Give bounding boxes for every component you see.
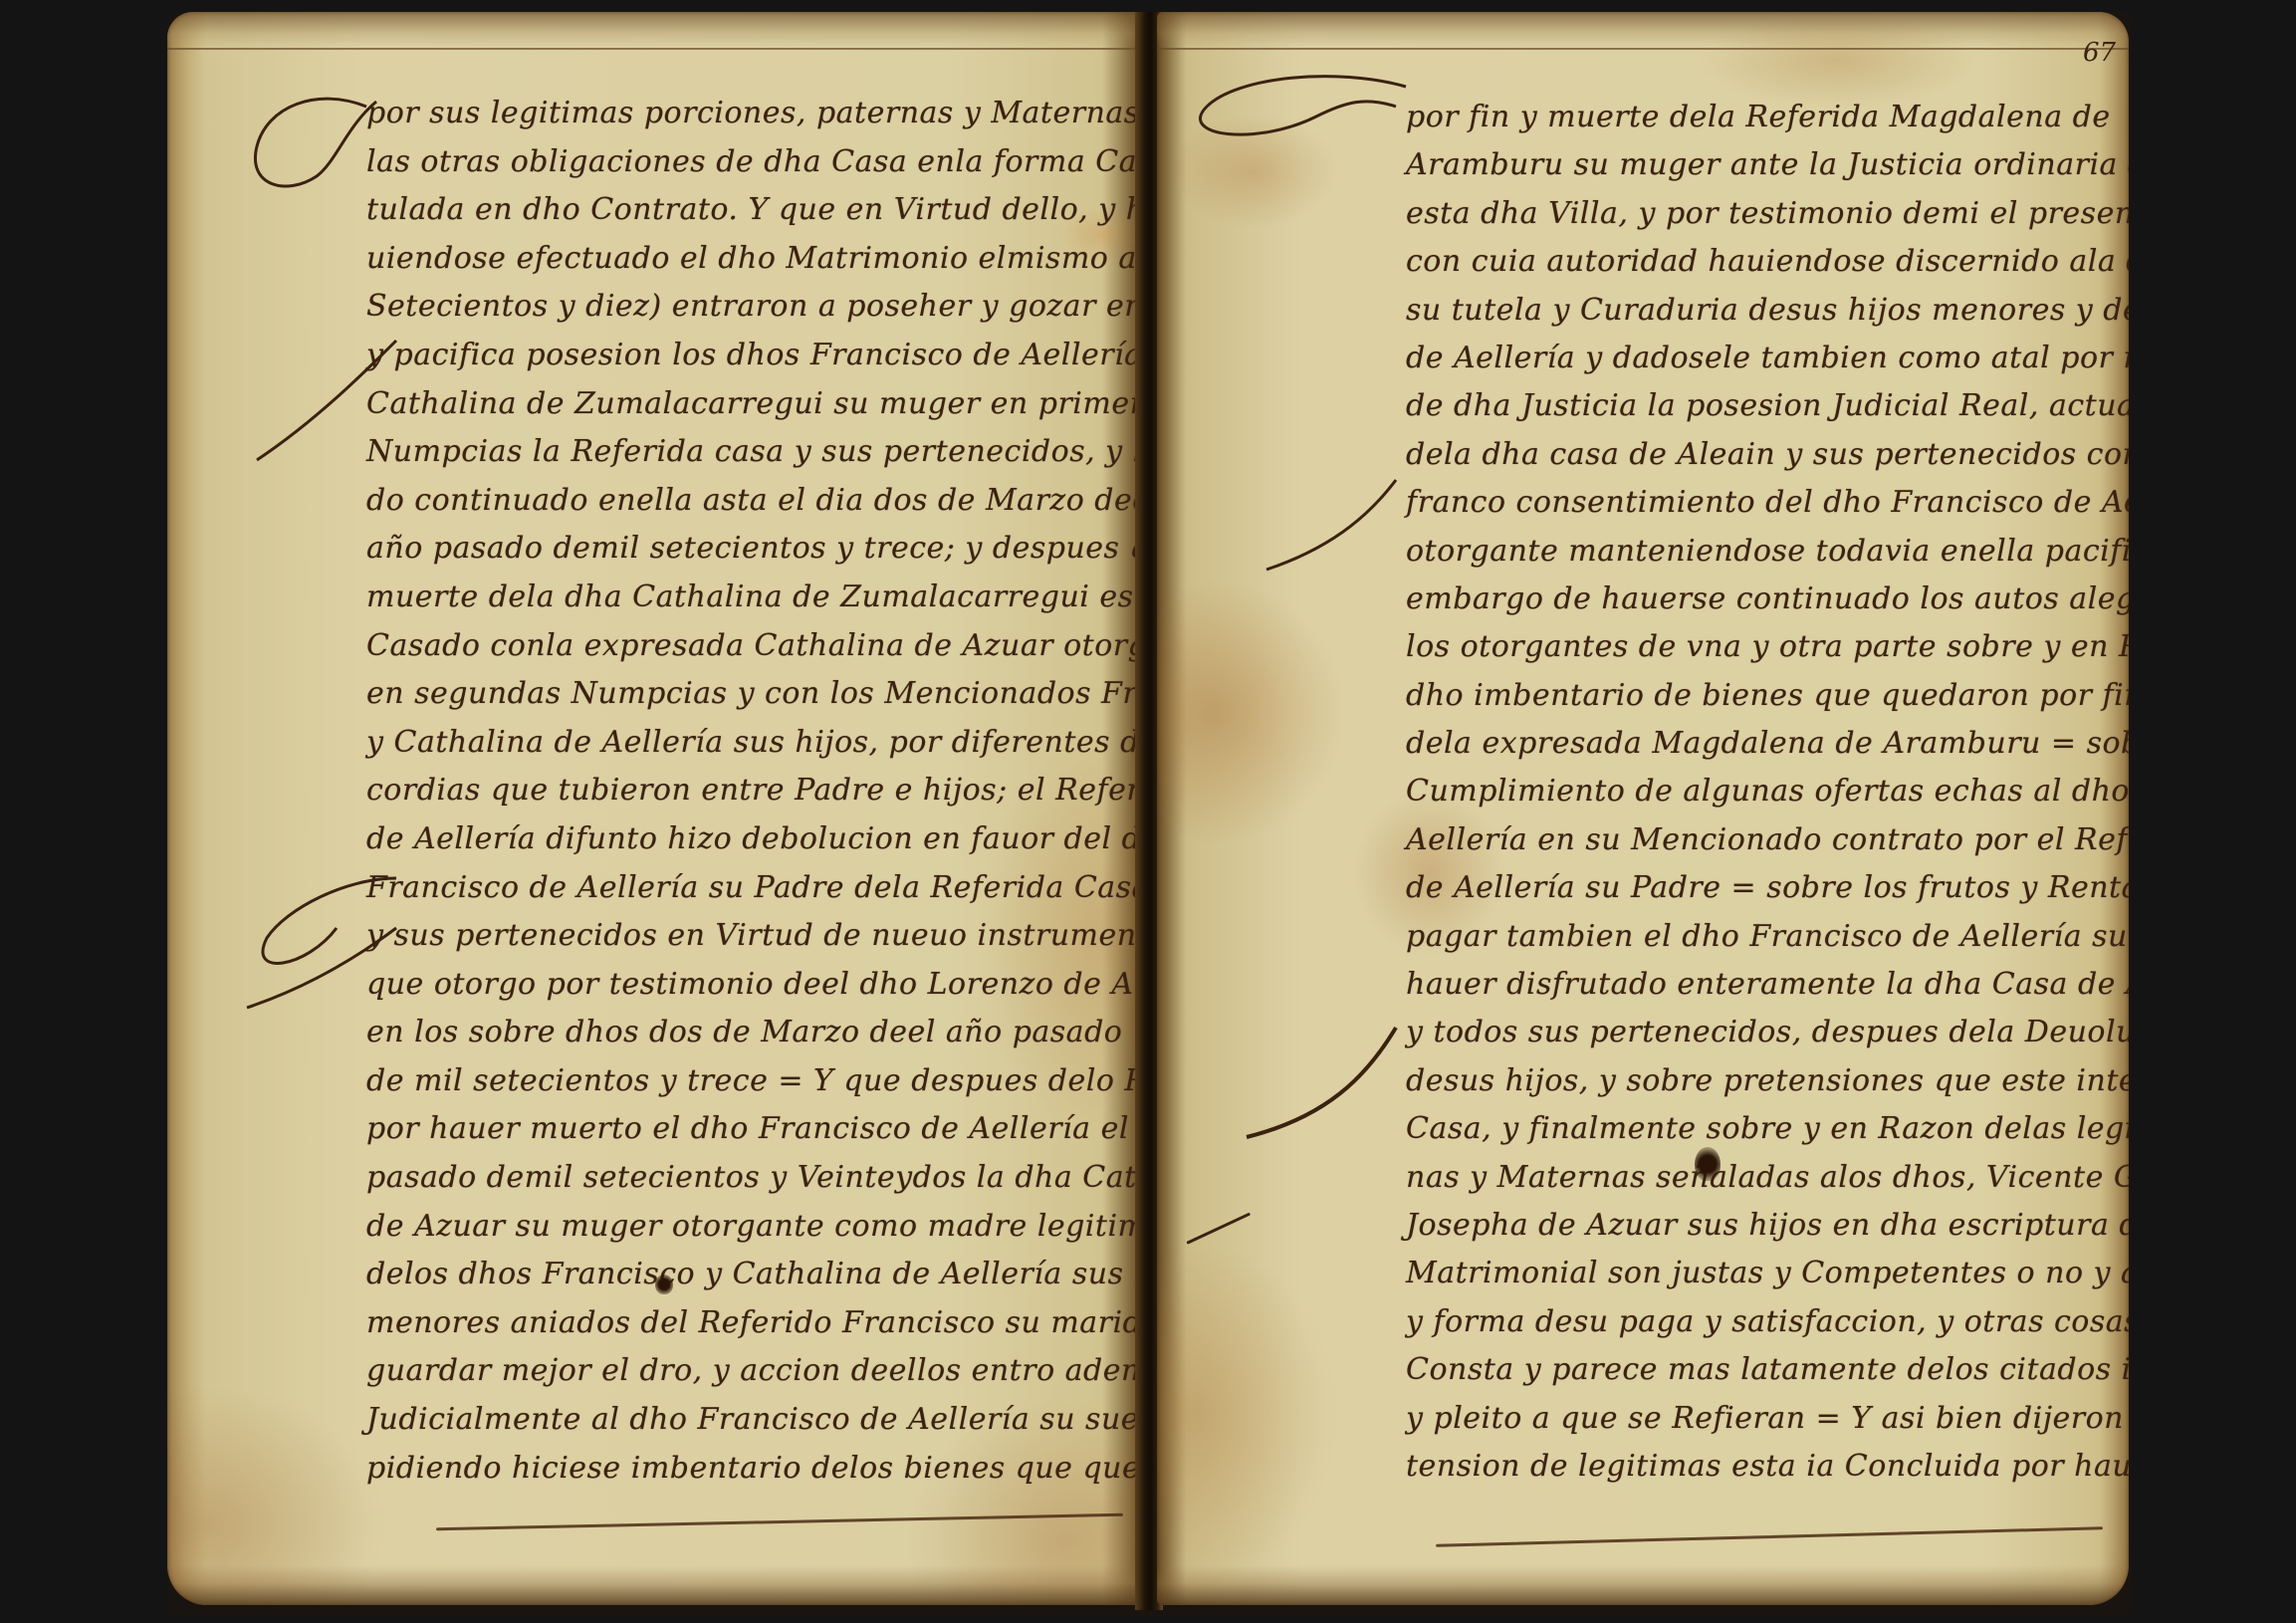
manuscript-line: de Azuar su muger otorgante como madre l…: [366, 1203, 1123, 1252]
manuscript-line: guardar mejor el dro, y accion deellos e…: [366, 1347, 1123, 1396]
manuscript-line: Judicialmente al dho Francisco de Aeller…: [366, 1396, 1123, 1445]
opening-flourish-right: [1177, 57, 1416, 176]
right-page: 67 por fin y muerte dela Referida Magdal…: [1157, 12, 2129, 1605]
manuscript-line: de mil setecientos y trece = Y que despu…: [366, 1057, 1123, 1106]
manuscript-line: Consta y parece mas latamente delos cita…: [1406, 1346, 2103, 1394]
manuscript-line: dela expresada Magdalena de Aramburu = s…: [1406, 720, 2103, 768]
manuscript-line: Numpcias la Referida casa y sus pertenec…: [366, 428, 1123, 477]
manuscript-line: embargo de hauerse continuado los autos …: [1406, 576, 2103, 623]
ink-blot: [1695, 1147, 1721, 1181]
manuscript-line: Cumplimiento de algunas ofertas echas al…: [1406, 768, 2103, 815]
manuscript-line: con cuia autoridad hauiendose discernido…: [1406, 238, 2103, 286]
manuscript-line: de Aellería su Padre = sobre los frutos …: [1406, 864, 2103, 912]
manuscript-line: Cathalina de Zumalacarregui su muger en …: [366, 380, 1123, 429]
manuscript-line: Josepha de Azuar sus hijos en dha escrip…: [1406, 1202, 2103, 1250]
manuscript-line: en segundas Numpcias y con los Mencionad…: [366, 670, 1123, 719]
manuscript-line: y pleito a que se Refieran = Y asi bien …: [1406, 1395, 2103, 1443]
margin-flourish-right-1: [1247, 470, 1406, 580]
manuscript-line: nas y Maternas señaladas alos dhos, Vice…: [1406, 1154, 2103, 1202]
document-viewer: por sus legitimas porciones, paternas y …: [0, 0, 2296, 1623]
ink-blot: [655, 1275, 673, 1294]
page-top-edge: [1157, 12, 2129, 50]
manuscript-line: dho imbentario de bienes que quedaron po…: [1406, 672, 2103, 720]
manuscript-line: su tutela y Curaduria desus hijos menore…: [1406, 287, 2103, 335]
page-bottom-edge: [1157, 1565, 2129, 1605]
manuscript-line: Casado conla expresada Cathalina de Azua…: [366, 622, 1123, 671]
manuscript-line: los otorgantes de vna y otra parte sobre…: [1406, 623, 2103, 671]
manuscript-line: otorgante manteniendose todavia enella p…: [1406, 528, 2103, 576]
manuscript-line: de dha Justicia la posesion Judicial Rea…: [1406, 382, 2103, 430]
manuscript-line: pasado demil setecientos y Veinteydos la…: [366, 1154, 1123, 1203]
manuscript-line: pidiendo hiciese imbentario delos bienes…: [366, 1445, 1123, 1494]
manuscript-line: delos dhos Francisco y Cathalina de Aell…: [366, 1251, 1123, 1299]
manuscript-line: Aramburu su muger ante la Justicia ordin…: [1406, 141, 2103, 189]
manuscript-line: por fin y muerte dela Referida Magdalena…: [1406, 94, 2103, 141]
manuscript-line: hauer disfrutado enteramente la dha Casa…: [1406, 961, 2103, 1009]
manuscript-line: año pasado demil setecientos y trece; y …: [366, 525, 1123, 574]
manuscript-line: desus hijos, y sobre pretensiones que es…: [1406, 1057, 2103, 1105]
manuscript-line: las otras obligaciones de dha Casa enla …: [366, 138, 1123, 187]
manuscript-line: Casa, y finalmente sobre y en Razon dela…: [1406, 1105, 2103, 1153]
open-book: por sus legitimas porciones, paternas y …: [167, 12, 2131, 1617]
manuscript-line: y sus pertenecidos en Virtud de nueuo in…: [366, 912, 1123, 961]
manuscript-line: Setecientos y diez) entraron a poseher y…: [366, 283, 1123, 332]
manuscript-line: Aellería en su Mencionado contrato por e…: [1406, 816, 2103, 864]
manuscript-line: menores aniados del Referido Francisco s…: [366, 1299, 1123, 1348]
page-bottom-edge: [167, 1565, 1141, 1605]
manuscript-line: y pacifica posesion los dhos Francisco d…: [366, 332, 1123, 380]
manuscript-line: por sus legitimas porciones, paternas y …: [366, 90, 1123, 138]
manuscript-line: y todos sus pertenecidos, despues dela D…: [1406, 1009, 2103, 1056]
manuscript-line: do continuado enella asta el dia dos de …: [366, 477, 1123, 526]
margin-slash-mark: [1186, 1213, 1251, 1245]
manuscript-line: cordias que tubieron entre Padre e hijos…: [366, 767, 1123, 815]
folio-number: 67: [2083, 38, 2116, 68]
manuscript-line: que otorgo por testimonio deel dho Loren…: [366, 961, 1123, 1010]
closing-rule: [1436, 1526, 2103, 1547]
manuscript-line: pagar tambien el dho Francisco de Aeller…: [1406, 913, 2103, 961]
manuscript-line: Matrimonial son justas y Competentes o n…: [1406, 1250, 2103, 1297]
margin-flourish-right-2: [1227, 1018, 1406, 1147]
manuscript-line: en los sobre dhos dos de Marzo deel año …: [366, 1009, 1123, 1057]
manuscript-line: tulada en dho Contrato. Y que en Virtud …: [366, 186, 1123, 235]
closing-rule: [436, 1513, 1123, 1530]
manuscript-line: Francisco de Aellería su Padre dela Refe…: [366, 864, 1123, 913]
manuscript-line: por hauer muerto el dho Francisco de Ael…: [366, 1105, 1123, 1154]
left-page-text: por sus legitimas porciones, paternas y …: [366, 90, 1123, 1493]
manuscript-line: muerte dela dha Cathalina de Zumalacarre…: [366, 574, 1123, 622]
manuscript-line: franco consentimiento del dho Francisco …: [1406, 479, 2103, 527]
manuscript-line: y Cathalina de Aellería sus hijos, por d…: [366, 719, 1123, 768]
manuscript-line: tension de legitimas esta ia Concluida p…: [1406, 1443, 2103, 1491]
manuscript-line: de Aellería difunto hizo debolucion en f…: [366, 815, 1123, 864]
manuscript-line: de Aellería y dadosele tambien como atal…: [1406, 335, 2103, 382]
manuscript-line: y forma desu paga y satisfaccion, y otra…: [1406, 1298, 2103, 1346]
manuscript-line: dela dha casa de Aleain y sus pertenecid…: [1406, 431, 2103, 479]
manuscript-line: uiendose efectuado el dho Matrimonio elm…: [366, 235, 1123, 284]
manuscript-line: esta dha Villa, y por testimonio demi el…: [1406, 190, 2103, 238]
left-page: por sus legitimas porciones, paternas y …: [167, 12, 1141, 1605]
right-page-text: por fin y muerte dela Referida Magdalena…: [1406, 94, 2103, 1491]
page-top-edge: [167, 12, 1141, 50]
